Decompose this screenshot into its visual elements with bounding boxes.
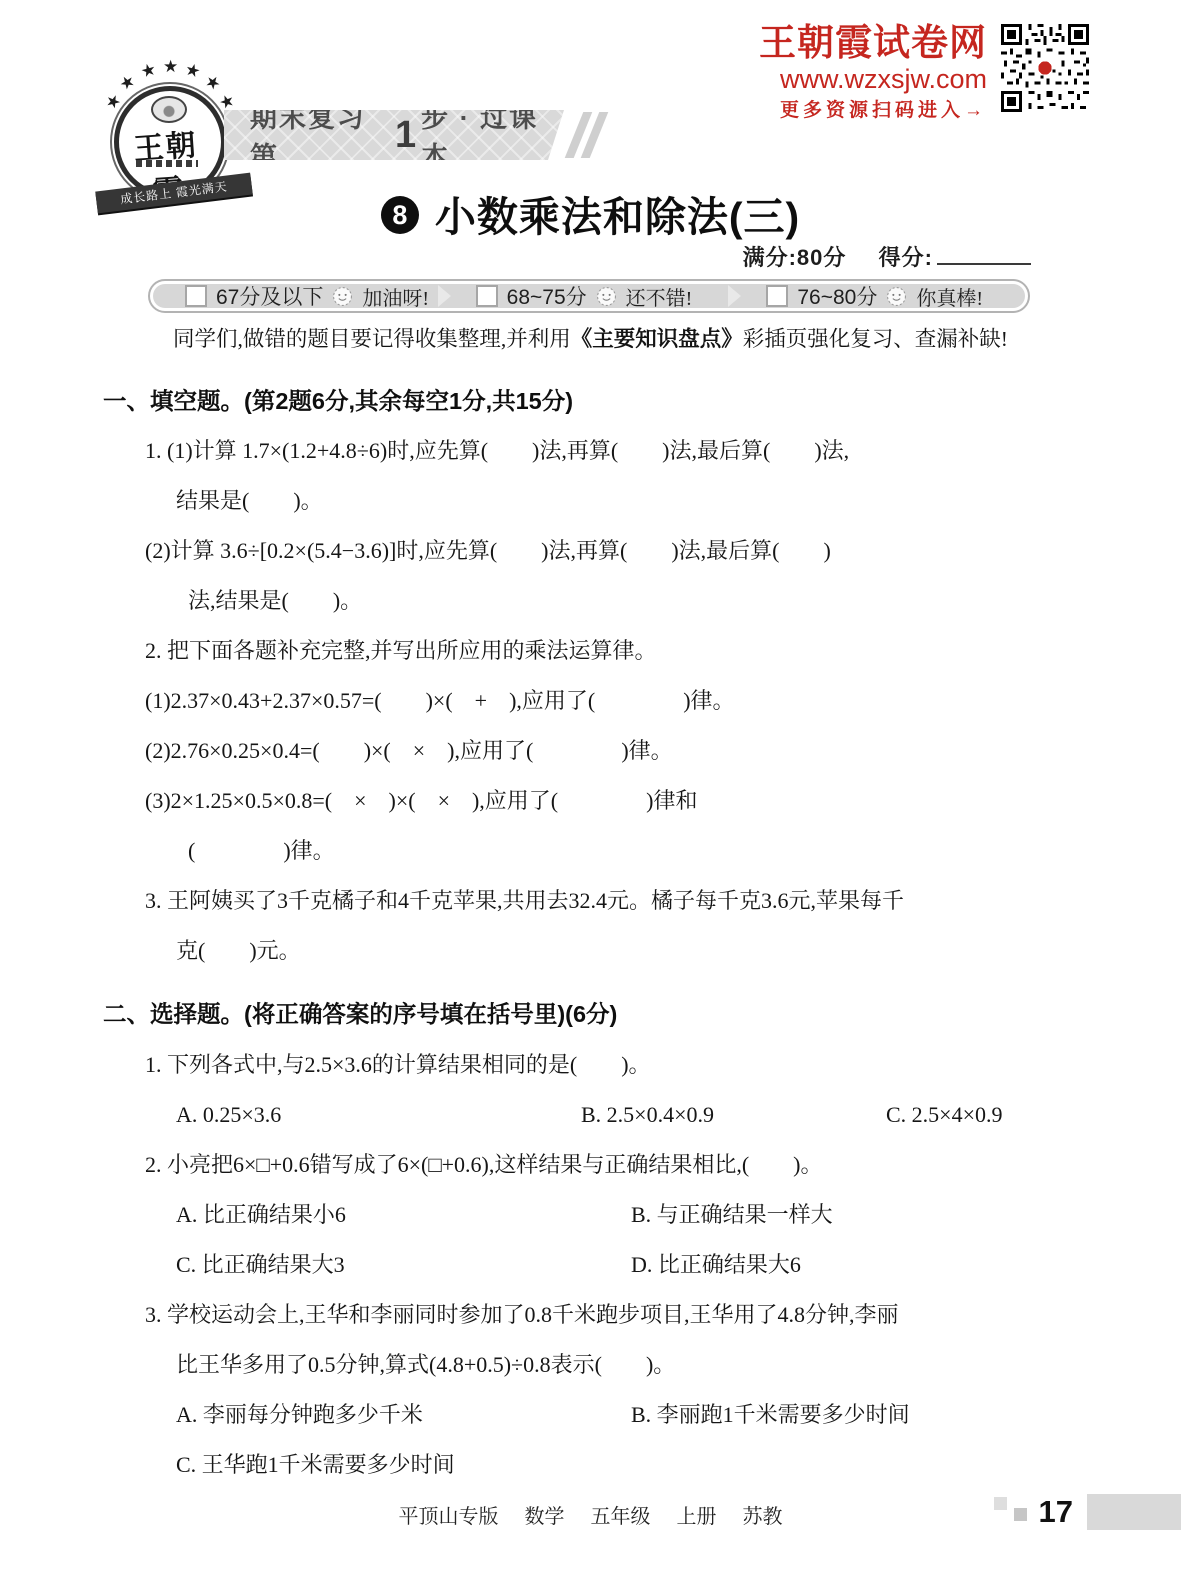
page-number: 17 (1039, 1494, 1073, 1530)
star-icon: ★ (183, 59, 203, 82)
notice-suffix: 彩插页强化复习、查漏补缺! (743, 327, 1008, 351)
score-blank-line (937, 245, 1031, 265)
banner-text-post: 步 · 过课本 (421, 96, 564, 174)
star-icon: ★ (116, 70, 140, 95)
score-remark: 你真棒! (916, 282, 983, 311)
option-c: C. 2.5×4×0.9 (886, 1090, 1003, 1140)
footer-press: 苏教 (743, 1506, 783, 1528)
checkbox[interactable] (766, 285, 788, 307)
full-score-label: 满分:80分 (743, 245, 847, 270)
banner-text-pre: 期末复习第 (250, 96, 392, 174)
site-tagline: 更多资源扫码进入→ (759, 95, 987, 122)
brand-text: 王朝霞试卷网 www.wzxsjw.com 更多资源扫码进入→ (759, 24, 987, 122)
option-a: A. 比正确结果小6 (176, 1190, 631, 1240)
section1-heading: 一、填空题。(第2题6分,其余每空1分,共15分) (103, 376, 1181, 426)
option-row: A. 比正确结果小6 B. 与正确结果一样大 (176, 1190, 1181, 1240)
option-a: A. 李丽每分钟跑多少千米 (176, 1390, 631, 1440)
score-line: 满分:80分 得分: (743, 241, 1031, 272)
checkbox[interactable] (476, 285, 498, 307)
question-line: 2. 把下面各题补充完整,并写出所应用的乘法运算律。 (145, 626, 1181, 676)
notice-book-title: 《主要知识盘点》 (571, 327, 743, 351)
option-a: A. 0.25×3.6 (176, 1090, 581, 1140)
score-segment-high: 76~80分 你真棒! (734, 284, 1025, 308)
question-body: 一、填空题。(第2题6分,其余每空1分,共15分) 1. (1)计算 1.7×(… (0, 376, 1181, 1490)
question-line: 3. 王阿姨买了3千克橘子和4千克苹果,共用去32.4元。橘子每千克3.6元,苹… (145, 876, 1181, 926)
page-title-row: 8小数乘法和除法(三) (0, 184, 1181, 243)
smiley-face-icon (886, 286, 907, 307)
notice-prefix: 同学们,做错的题目要记得收集整理,并利用 (173, 327, 571, 351)
question-line: 比王华多用了0.5分钟,算式(4.8+0.5)÷0.8表示( )。 (176, 1340, 1181, 1390)
score-segment-low: 67分及以下 加油呀! (153, 284, 444, 308)
footer-volume: 上册 (677, 1506, 717, 1528)
question-line: 法,结果是( )。 (188, 576, 1181, 626)
question-line: 3. 学校运动会上,王华和李丽同时参加了0.8千米跑步项目,王华用了4.8分钟,… (145, 1290, 1181, 1340)
banner-step-number: 1 (395, 114, 418, 157)
question-line: (2)2.76×0.25×0.4=( )×( × ),应用了( )律。 (145, 726, 1181, 776)
qr-center-emblem (1038, 61, 1051, 74)
option-d: D. 比正确结果大6 (631, 1240, 801, 1290)
score-segment-mid: 68~75分 还不错! (444, 284, 735, 308)
question-line: 克( )元。 (176, 926, 1181, 976)
footer-grade: 五年级 (591, 1506, 651, 1528)
score-range: 76~80分 (797, 281, 877, 311)
star-icon: ★ (163, 57, 178, 77)
question-line: ( )律。 (188, 826, 1181, 876)
option-row: A. 李丽每分钟跑多少千米 B. 李丽跑1千米需要多少时间 (176, 1390, 1181, 1440)
decor-square (994, 1497, 1007, 1510)
question-line: (1)2.37×0.43+2.37×0.57=( )×( + ),应用了( )律… (145, 676, 1181, 726)
brand-block: 王朝霞试卷网 www.wzxsjw.com 更多资源扫码进入→ (759, 24, 1089, 122)
score-range: 67分及以下 (216, 281, 323, 311)
decor-bar (1087, 1494, 1181, 1530)
question-line: 2. 小亮把6×□+0.6错写成了6×(□+0.6),这样结果与正确结果相比,(… (145, 1140, 1181, 1190)
score-remark: 还不错! (626, 282, 693, 311)
smiley-face-icon (332, 286, 353, 307)
score-rating-bar: 67分及以下 加油呀! 68~75分 还不错! 76~80分 你真棒! (148, 279, 1030, 313)
banner-step: 期末复习第1步 · 过课本 (224, 110, 564, 160)
question-line: 结果是( )。 (176, 476, 1181, 526)
footer-edition: 平顶山专版 (399, 1506, 499, 1528)
site-name: 王朝霞试卷网 (759, 24, 987, 63)
question-line: 1. 下列各式中,与2.5×3.6的计算结果相同的是( )。 (145, 1040, 1181, 1090)
page-number-block: 17 (994, 1492, 1181, 1532)
option-b: B. 与正确结果一样大 (631, 1190, 833, 1240)
page-title: 小数乘法和除法(三) (435, 194, 800, 240)
got-score-label: 得分: (879, 245, 933, 270)
smiley-face-icon (596, 286, 617, 307)
question-line: (3)2×1.25×0.5×0.8=( × )×( × ),应用了( )律和 (145, 776, 1181, 826)
badge-subtext (136, 160, 198, 167)
score-range: 68~75分 (507, 281, 587, 311)
option-c: C. 比正确结果大3 (176, 1240, 631, 1290)
question-line: (2)计算 3.6÷[0.2×(5.4−3.6)]时,应先算( )法,再算( )… (145, 526, 1181, 576)
option-c: C. 王华跑1千米需要多少时间 (176, 1440, 631, 1490)
option-row: C. 王华跑1千米需要多少时间 (176, 1440, 1181, 1490)
section2-heading: 二、选择题。(将正确答案的序号填在括号里)(6分) (103, 988, 1181, 1040)
option-b: B. 2.5×0.4×0.9 (581, 1090, 886, 1140)
study-notice: 同学们,做错的题目要记得收集整理,并利用《主要知识盘点》彩插页强化复习、查漏补缺… (0, 322, 1181, 353)
option-row: A. 0.25×3.6 B. 2.5×0.4×0.9 C. 2.5×4×0.9 (176, 1090, 1181, 1140)
checkbox[interactable] (185, 285, 207, 307)
badge-portrait (151, 96, 187, 123)
qr-code-icon (1001, 24, 1089, 112)
star-icon: ★ (139, 59, 159, 82)
star-icon: ★ (201, 70, 225, 95)
score-remark: 加油呀! (362, 282, 429, 311)
question-line: 1. (1)计算 1.7×(1.2+4.8÷6)时,应先算( )法,再算( )法… (145, 426, 1181, 476)
decor-square (1014, 1508, 1027, 1521)
lesson-number-badge: 8 (381, 196, 419, 234)
option-row: C. 比正确结果大3 D. 比正确结果大6 (176, 1240, 1181, 1290)
page-footer: 平顶山专版数学五年级上册苏教 17 (0, 1492, 1181, 1536)
site-url: www.wzxsjw.com (759, 63, 987, 95)
option-b: B. 李丽跑1千米需要多少时间 (631, 1390, 910, 1440)
footer-subject: 数学 (525, 1506, 565, 1528)
